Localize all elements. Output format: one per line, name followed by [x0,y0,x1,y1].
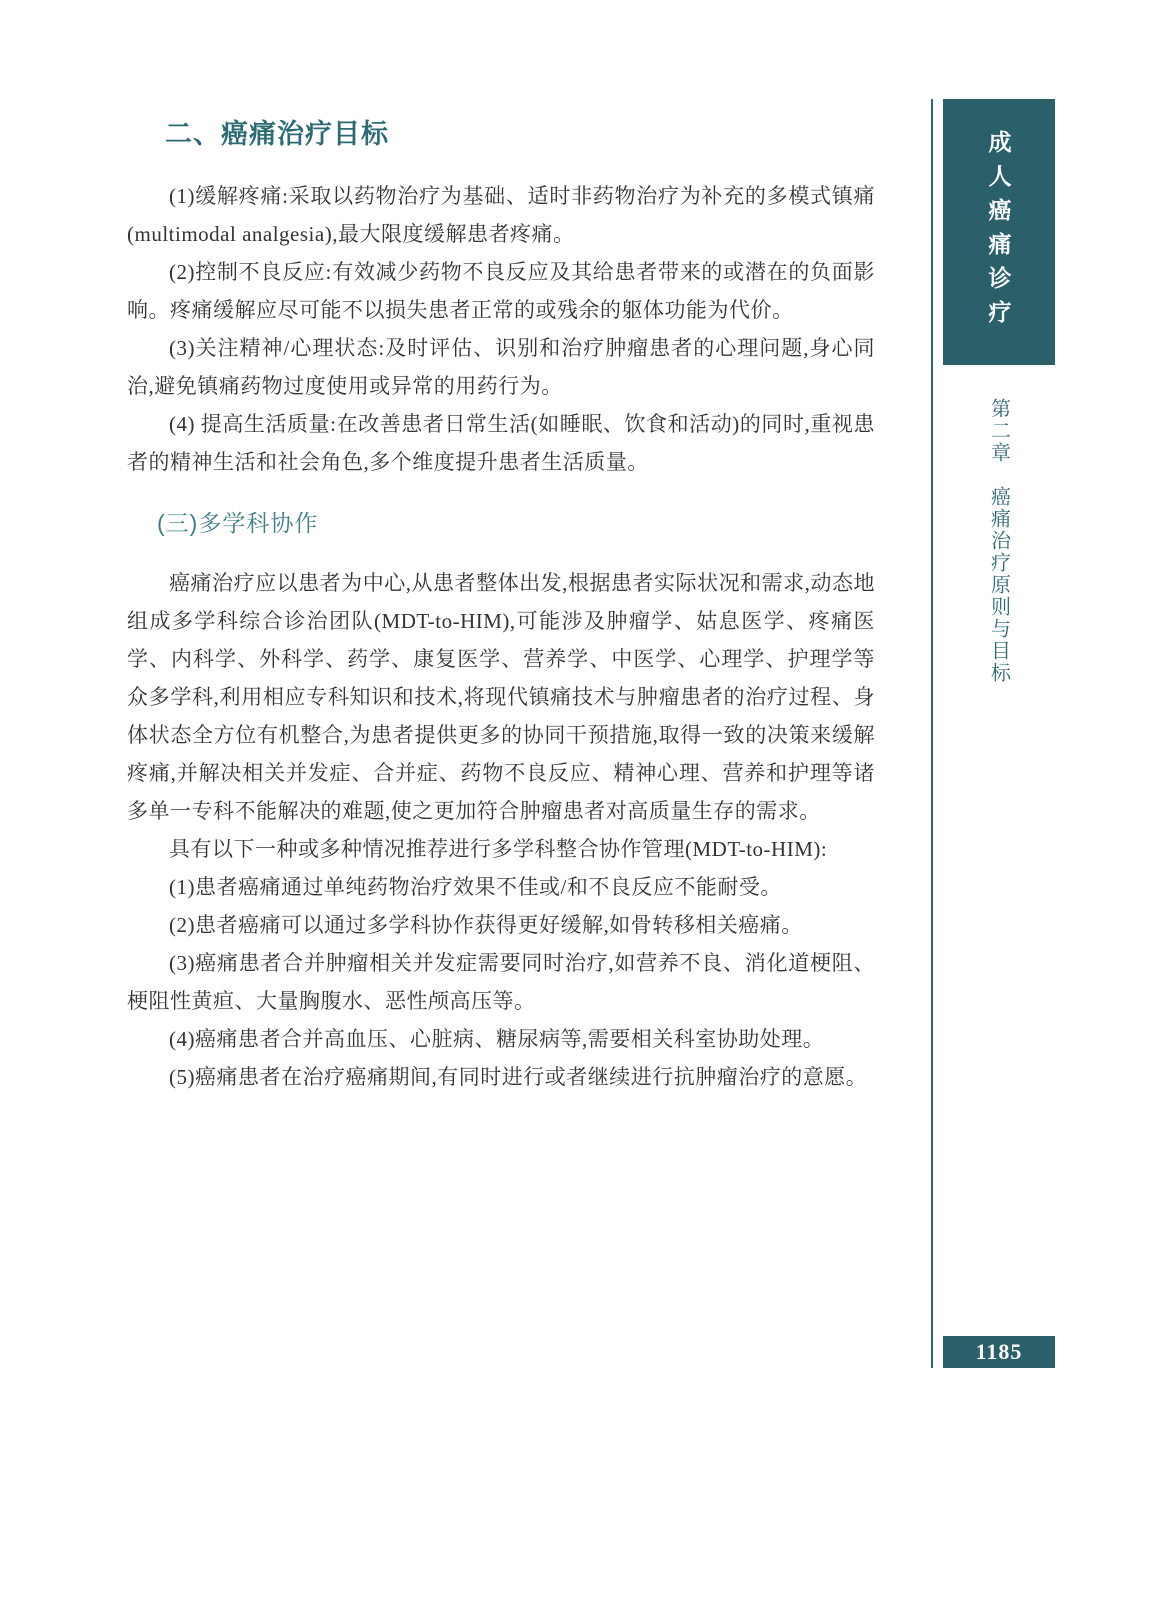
mdt-item-4: (4)癌痛患者合并高血压、心脏病、糖尿病等,需要相关科室协助处理。 [127,1020,875,1058]
sidebar-chapter-label: 第二章 [988,398,1010,464]
sidebar-chapter-title: 癌痛治疗原则与目标 [988,486,1010,684]
mdt-item-3: (3)癌痛患者合并肿瘤相关并发症需要同时治疗,如营养不良、消化道梗阻、梗阻性黄疸… [127,944,875,1020]
mdt-item-1: (1)患者癌痛通过单纯药物治疗效果不佳或/和不良反应不能耐受。 [127,868,875,906]
sidebar-vertical-rule [931,99,933,1368]
sidebar-chapter-block: 第二章癌痛治疗原则与目标 [943,398,1055,684]
content-column: 二、癌痛治疗目标 (1)缓解疼痛:采取以药物治疗为基础、适时非药物治疗为补充的多… [127,100,875,1096]
goal-paragraph-4: (4) 提高生活质量:在改善患者日常生活(如睡眠、饮食和活动)的同时,重视患者的… [127,405,875,481]
page-number: 1185 [976,1339,1023,1365]
collaboration-paragraph-2: 具有以下一种或多种情况推荐进行多学科整合协作管理(MDT-to-HIM): [127,830,875,868]
mdt-item-5: (5)癌痛患者在治疗癌痛期间,有同时进行或者继续进行抗肿瘤治疗的意愿。 [127,1058,875,1096]
collaboration-paragraph-1: 癌痛治疗应以患者为中心,从患者整体出发,根据患者实际状况和需求,动态地组成多学科… [127,564,875,830]
document-page: 二、癌痛治疗目标 (1)缓解疼痛:采取以药物治疗为基础、适时非药物治疗为补充的多… [0,0,1154,1607]
sidebar-book-title-box: 成人癌痛诊疗 [943,99,1055,365]
goal-paragraph-3: (3)关注精神/心理状态:及时评估、识别和治疗肿瘤患者的心理问题,身心同治,避免… [127,329,875,405]
subsection-heading: (三)多学科协作 [127,505,875,538]
section-heading: 二、癌痛治疗目标 [127,112,875,151]
page-number-badge: 1185 [943,1336,1055,1368]
goal-paragraph-2: (2)控制不良反应:有效减少药物不良反应及其给患者带来的或潜在的负面影响。疼痛缓… [127,253,875,329]
sidebar-book-title: 成人癌痛诊疗 [983,130,1016,334]
mdt-item-2: (2)患者癌痛可以通过多学科协作获得更好缓解,如骨转移相关癌痛。 [127,906,875,944]
goal-paragraph-1: (1)缓解疼痛:采取以药物治疗为基础、适时非药物治疗为补充的多模式镇痛(mult… [127,177,875,253]
